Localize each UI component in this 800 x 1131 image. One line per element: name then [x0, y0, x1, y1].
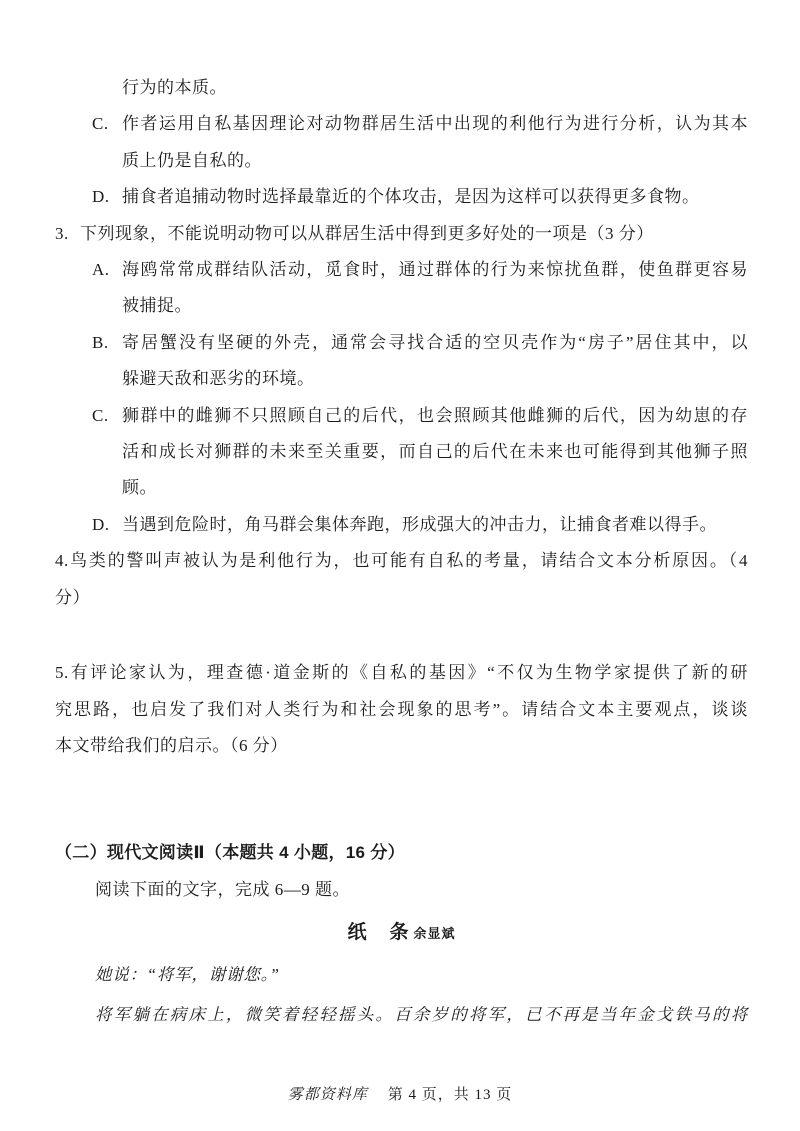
list-marker: 3.: [55, 216, 69, 252]
page-footer: 雾都资料库第 4 页，共 13 页: [0, 1080, 800, 1110]
list-marker: C.: [92, 106, 109, 142]
top-margin-spacer: [55, 0, 748, 70]
text-line: B.寄居蟹没有坚硬的外壳，通常会寻找合适的空贝壳作为“房子”居住其中，以: [55, 325, 748, 361]
text-line: 3.下列现象，不能说明动物可以从群居生活中得到更多好处的一项是（3 分）: [55, 216, 748, 252]
line-text: 活和成长对狮群的未来至关重要，而自己的后代在未来也可能得到其他狮子照: [122, 442, 748, 461]
list-marker: D.: [92, 507, 110, 543]
line-text: 狮群中的雌狮不只照顾自己的后代，也会照顾其他雌狮的后代，因为幼崽的存: [122, 406, 748, 425]
line-text: 行为的本质。: [122, 78, 227, 97]
line-text: 阅读下面的文字，完成 6—9 题。: [95, 880, 350, 899]
text-line: 究思路，也启发了我们对人类行为和社会现象的思考”。请结合文本主要观点，谈谈: [55, 692, 748, 728]
document-body: 行为的本质。C.作者运用自私基因理论对动物群居生活中出现的利他行为进行分析，认为…: [55, 0, 748, 1035]
footer-library-name: 雾都资料库: [288, 1087, 368, 1103]
document-lines-passage: 她说：“将军，谢谢您。”将军躺在病床上，微笑着轻轻摇头。百余岁的将军，已不再是当…: [55, 955, 748, 1035]
document-lines-top: 行为的本质。C.作者运用自私基因理论对动物群居生活中出现的利他行为进行分析，认为…: [55, 70, 748, 908]
line-text: 海鸥常常成群结队活动，觅食时，通过群体的行为来惊扰鱼群，使鱼群更容易: [122, 260, 748, 279]
text-line: 顾。: [55, 470, 748, 506]
text-line: 5.有评论家认为，理查德·道金斯的《自私的基因》“不仅为生物学家提供了新的研: [55, 655, 748, 691]
line-text: 捕食者追捕动物时选择最靠近的个体攻击，是因为这样可以获得更多食物。: [122, 187, 700, 206]
line-text: 本文带给我们的启示。（6 分）: [55, 736, 288, 755]
passage-title-text: 纸 条: [347, 922, 410, 943]
text-line: 分）: [55, 580, 748, 616]
text-line: 她说：“将军，谢谢您。”: [55, 955, 748, 995]
line-text: 质上仍是自私的。: [122, 151, 262, 170]
line-text: 下列现象，不能说明动物可以从群居生活中得到更多好处的一项是（3 分）: [80, 224, 654, 243]
text-line: 活和成长对狮群的未来至关重要，而自己的后代在未来也可能得到其他狮子照: [55, 434, 748, 470]
line-text: 被捕捉。: [122, 296, 192, 315]
text-line: D.当遇到危险时，角马群会集体奔跑，形成强大的冲击力，让捕食者难以得手。: [55, 507, 748, 543]
text-line: 本文带给我们的启示。（6 分）: [55, 728, 748, 764]
line-text: 寄居蟹没有坚硬的外壳，通常会寻找合适的空贝壳作为“房子”居住其中，以: [122, 333, 748, 352]
text-line: C.作者运用自私基因理论对动物群居生活中出现的利他行为进行分析，认为其本: [55, 106, 748, 142]
text-line: 4.鸟类的警叫声被认为是利他行为，也可能有自私的考量，请结合文本分析原因。（4: [55, 543, 748, 579]
list-marker: A.: [92, 252, 110, 288]
line-text: 作者运用自私基因理论对动物群居生活中出现的利他行为进行分析，认为其本: [122, 114, 748, 133]
text-line: A.海鸥常常成群结队活动，觅食时，通过群体的行为来惊扰鱼群，使鱼群更容易: [55, 252, 748, 288]
text-line: 行为的本质。: [55, 70, 748, 106]
line-text: 将军躺在病床上，微笑着轻轻摇头。百余岁的将军，已不再是当年金戈铁马的将: [95, 1005, 748, 1024]
text-line: （二）现代文阅读Ⅱ（本题共 4 小题，16 分）: [55, 835, 748, 871]
line-text: 顾。: [122, 478, 157, 497]
text-line: 阅读下面的文字，完成 6—9 题。: [55, 872, 748, 908]
text-line: 质上仍是自私的。: [55, 143, 748, 179]
text-line: 躲避天敌和恶劣的环境。: [55, 361, 748, 397]
list-marker: C.: [92, 398, 109, 434]
line-text: 躲避天敌和恶劣的环境。: [122, 369, 315, 388]
line-text: 究思路，也启发了我们对人类行为和社会现象的思考”。请结合文本主要观点，谈谈: [55, 700, 748, 719]
line-text: 分）: [55, 588, 90, 607]
text-line: D.捕食者追捕动物时选择最靠近的个体攻击，是因为这样可以获得更多食物。: [55, 179, 748, 215]
list-marker: B.: [92, 325, 109, 361]
exam-paper-page: 行为的本质。C.作者运用自私基因理论对动物群居生活中出现的利他行为进行分析，认为…: [0, 0, 800, 1131]
footer-page-number: 第 4 页，共 13 页: [388, 1087, 513, 1103]
line-text: 当遇到危险时，角马群会集体奔跑，形成强大的冲击力，让捕食者难以得手。: [122, 515, 717, 534]
line-text: 4.鸟类的警叫声被认为是利他行为，也可能有自私的考量，请结合文本分析原因。（4: [55, 551, 748, 570]
text-line: C.狮群中的雌狮不只照顾自己的后代，也会照顾其他雌狮的后代，因为幼崽的存: [55, 398, 748, 434]
list-marker: D.: [92, 179, 110, 215]
passage-title: 纸 条余显斌: [55, 915, 748, 952]
line-text: （二）现代文阅读Ⅱ（本题共 4 小题，16 分）: [55, 843, 405, 862]
text-line: 被捕捉。: [55, 288, 748, 324]
line-text: 她说：“将军，谢谢您。”: [95, 965, 280, 984]
line-text: 5.有评论家认为，理查德·道金斯的《自私的基因》“不仅为生物学家提供了新的研: [55, 663, 748, 682]
text-line: 将军躺在病床上，微笑着轻轻摇头。百余岁的将军，已不再是当年金戈铁马的将: [55, 995, 748, 1035]
passage-author: 余显斌: [414, 926, 456, 941]
